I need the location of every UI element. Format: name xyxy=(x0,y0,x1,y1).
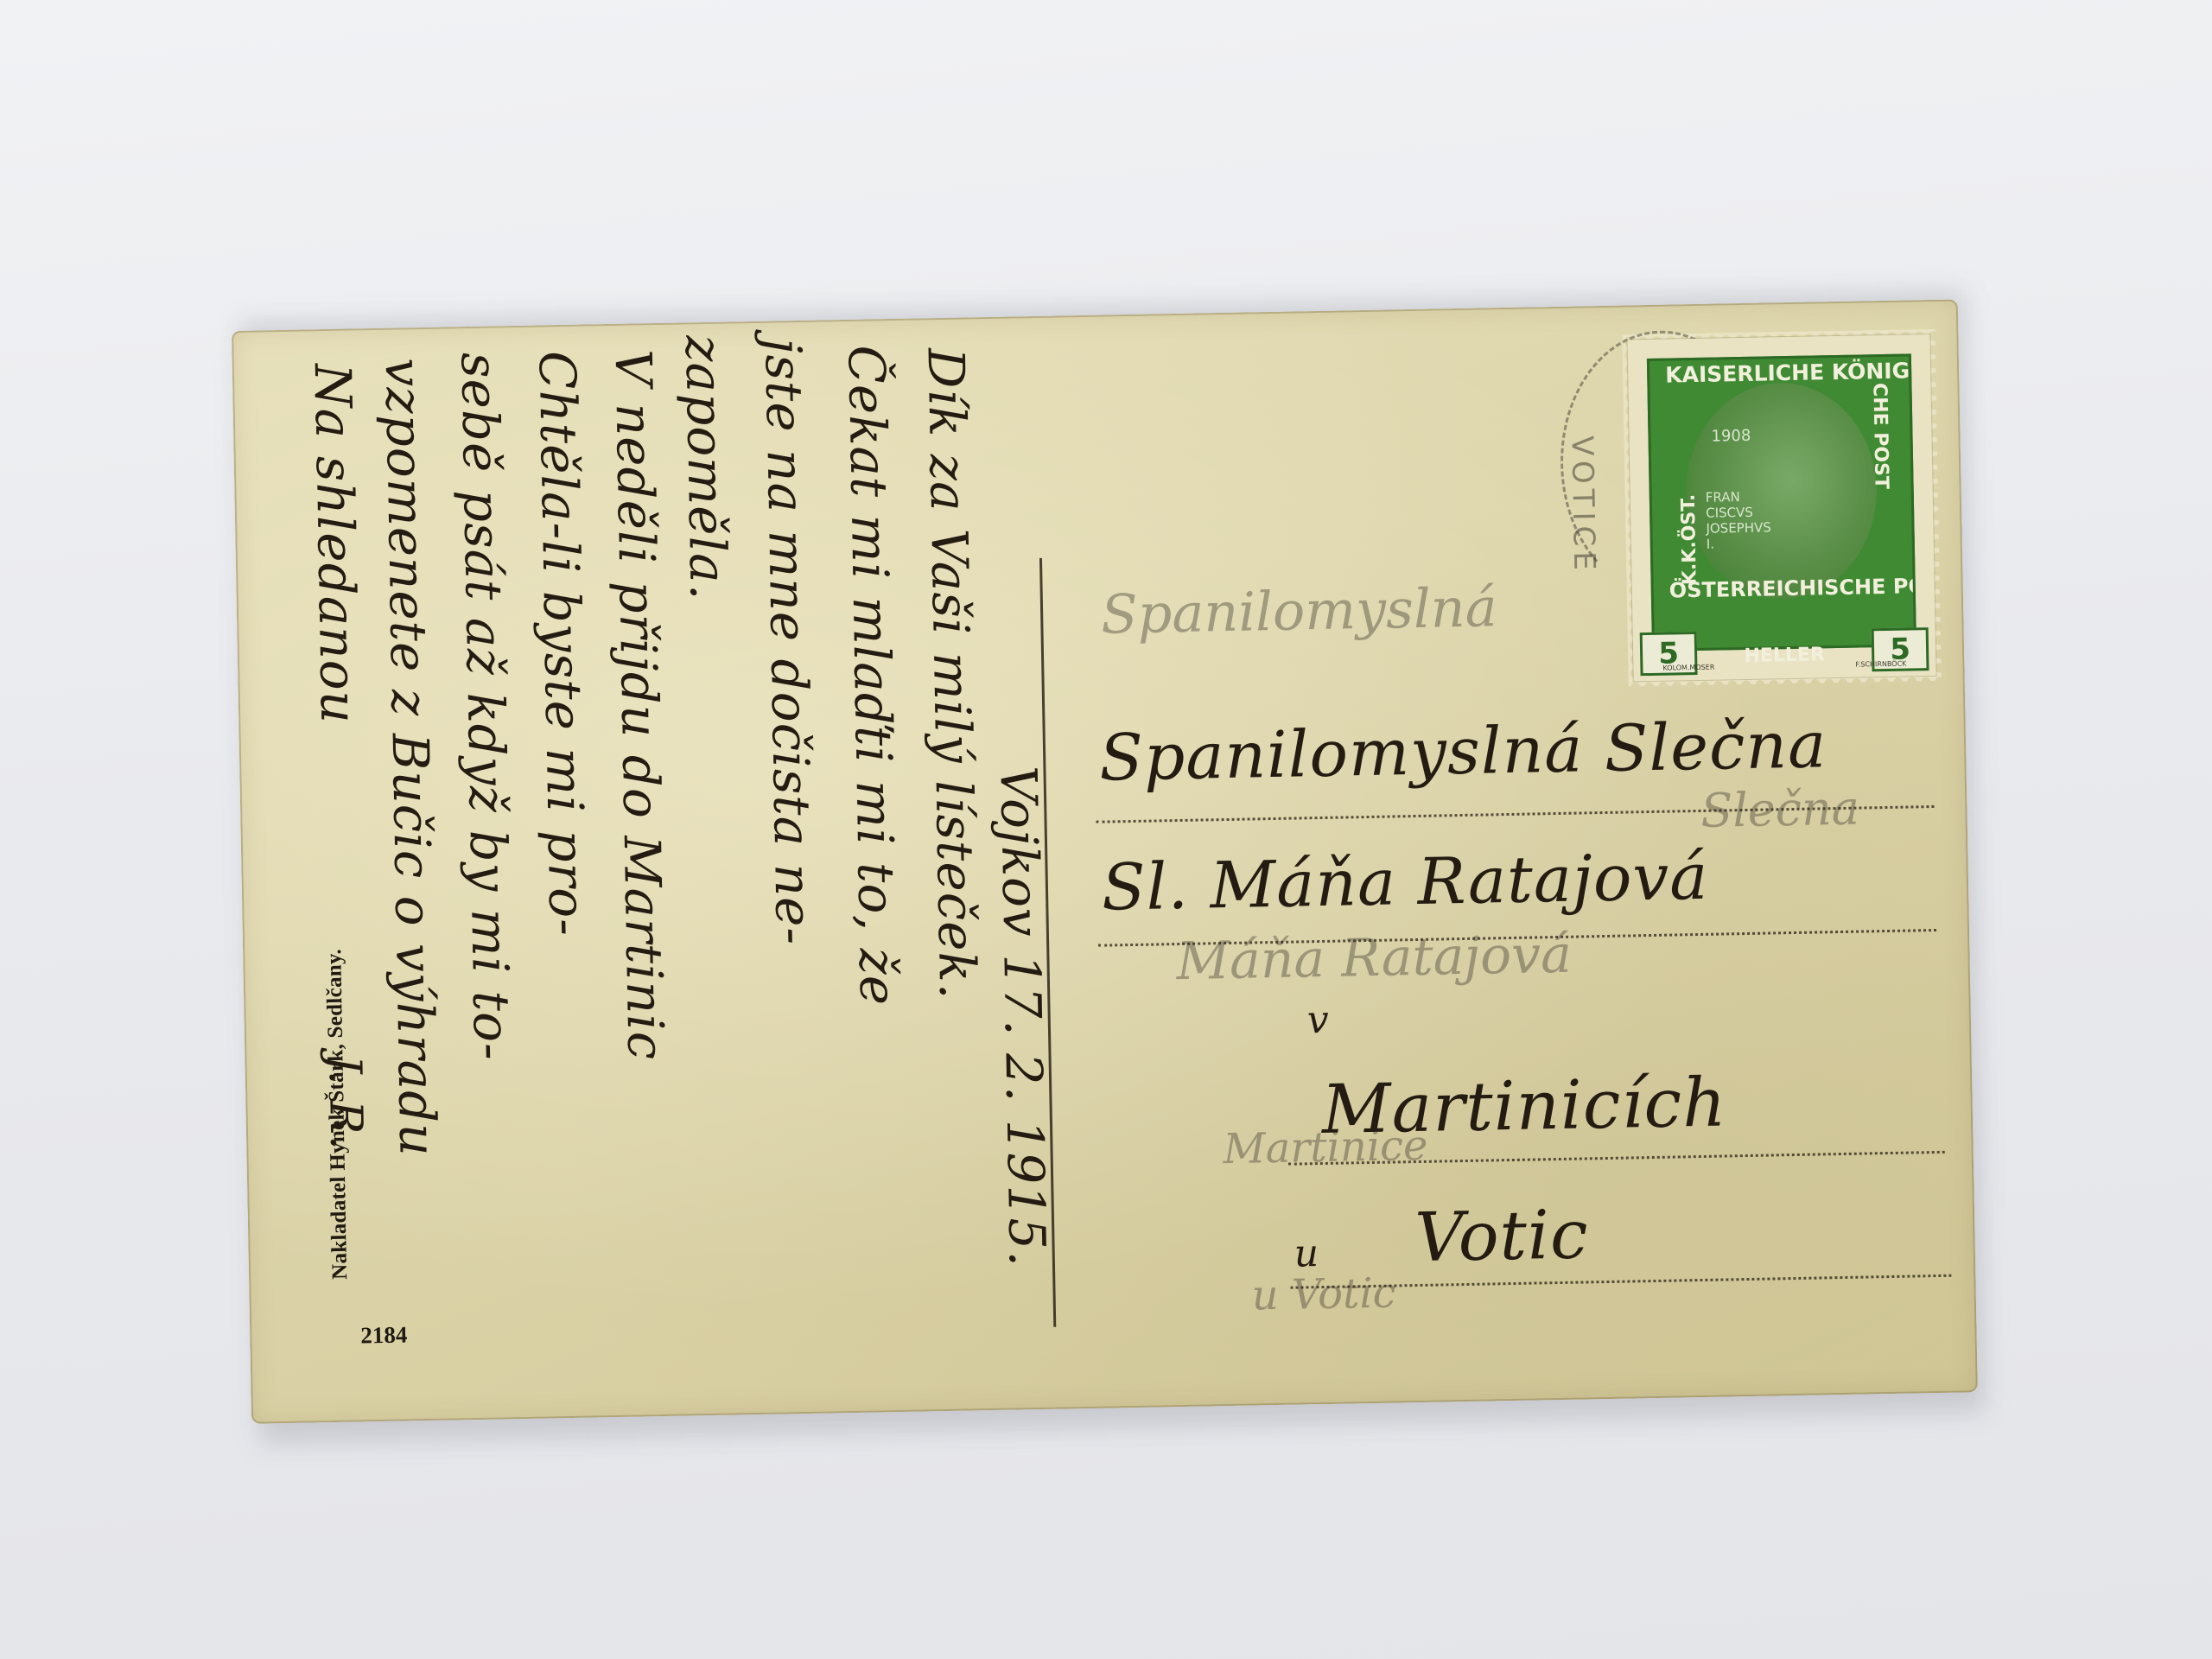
message-line-8: vzpomenete z Bučic o výhradu xyxy=(374,358,448,1157)
message-line-2: Čekat mi mlaďti mi to, že xyxy=(836,345,907,1007)
stamp-portrait-name: FRAN CISCVS JOSEPHVS I. xyxy=(1706,488,1772,551)
pencil-note-3: Máňa Ratajová xyxy=(1176,925,1573,992)
stamp-year: 1908 xyxy=(1711,427,1751,446)
postmark-text: VOTICE xyxy=(1564,435,1601,575)
message-line-7: sebě psát až když by mi to- xyxy=(450,352,522,1061)
address-preposition: v xyxy=(1306,998,1330,1042)
address-salutation: Spanilomyslná Slečna xyxy=(1098,708,1827,795)
message-line-4: zapoměla. xyxy=(674,334,738,601)
address-name: Sl. Máňa Ratajová xyxy=(1101,840,1709,925)
serial-number: 2184 xyxy=(360,1321,408,1349)
message-line-6: Chtěla-li byste mi pro- xyxy=(527,350,596,937)
postcard: Nakladatel Hynek Štark, Sedlčany. 2184 V… xyxy=(232,299,1978,1423)
address-district: Votic xyxy=(1414,1196,1590,1277)
message-line-5: V neděli přijdu do Martinic xyxy=(603,349,675,1061)
pencil-note-5: u Votic xyxy=(1251,1268,1396,1319)
stamp-right-text: CHE POST xyxy=(1868,383,1891,489)
pencil-note-1: Spanilomyslná xyxy=(1101,575,1498,645)
message-signature: J. R. xyxy=(318,1054,372,1151)
message-line-3: jste na mne dočista ne- xyxy=(753,338,823,946)
stamp-denomination: HELLER xyxy=(1706,643,1863,667)
stamp-credit-right: F.SCHIRNBÖCK xyxy=(1855,660,1906,669)
stamp-design: KAISERLICHE KÖNIGLICHE ÖSTERREICHISCHE P… xyxy=(1647,353,1916,652)
stamp-left-text: K.K.ÖST. xyxy=(1678,494,1701,586)
address-town: Martinicích xyxy=(1321,1064,1727,1149)
stamp-bottom-text: ÖSTERREICHISCHE POST xyxy=(1669,574,1916,603)
stamp-credit-left: KOLOM.MOSER xyxy=(1662,664,1714,672)
message-line-9: Na shledanou xyxy=(303,363,369,724)
address-district-prefix: u xyxy=(1294,1231,1319,1276)
postage-stamp: KAISERLICHE KÖNIGLICHE ÖSTERREICHISCHE P… xyxy=(1627,334,1935,681)
message-line-1: Dík za Vaši milý lísteček. xyxy=(917,347,988,1000)
